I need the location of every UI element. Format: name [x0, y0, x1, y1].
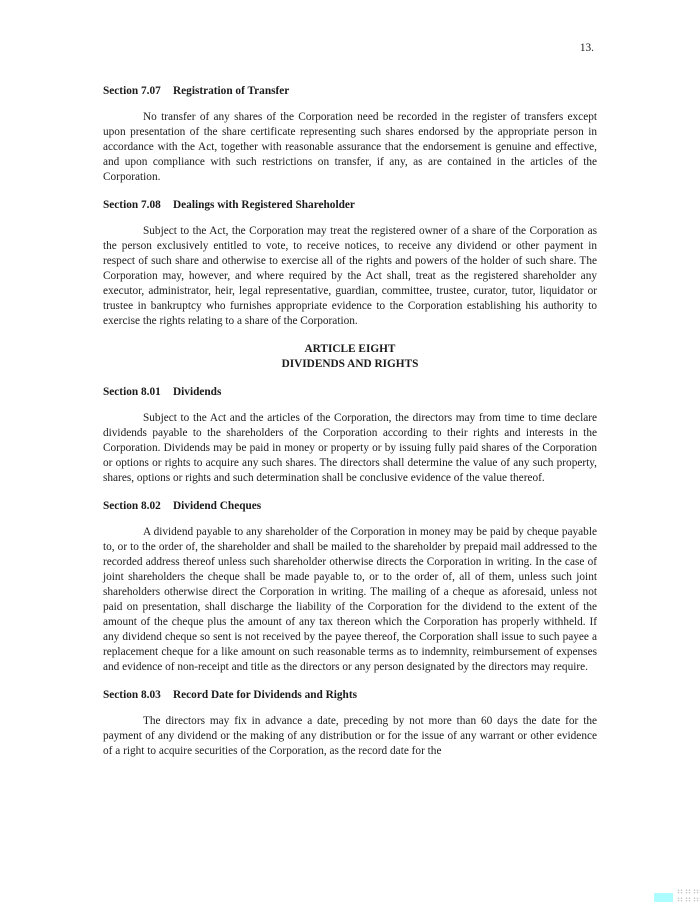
- section-title: Record Date for Dividends and Rights: [173, 689, 357, 701]
- section-heading-8-03: Section 8.03Record Date for Dividends an…: [103, 688, 597, 703]
- paragraph-8-01: Subject to the Act and the articles of t…: [103, 411, 597, 486]
- section-number: Section 7.07: [103, 84, 173, 99]
- page-content: 13. Section 7.07Registration of Transfer…: [0, 0, 700, 759]
- paragraph-7-08: Subject to the Act, the Corporation may …: [103, 224, 597, 329]
- paragraph-7-07: No transfer of any shares of the Corpora…: [103, 110, 597, 185]
- section-number: Section 7.08: [103, 198, 173, 213]
- scan-noise-mark: [685, 897, 691, 902]
- section-title: Registration of Transfer: [173, 85, 289, 97]
- scan-noise-mark: [677, 897, 683, 902]
- section-number: Section 8.02: [103, 499, 173, 514]
- section-number: Section 8.01: [103, 385, 173, 400]
- section-title: Dividends: [173, 386, 221, 398]
- section-title: Dividend Cheques: [173, 500, 261, 512]
- paragraph-8-03: The directors may fix in advance a date,…: [103, 714, 597, 759]
- section-number: Section 8.03: [103, 688, 173, 703]
- scan-highlight-artifact: [654, 893, 673, 902]
- section-heading-7-08: Section 7.08Dealings with Registered Sha…: [103, 198, 597, 213]
- section-title: Dealings with Registered Shareholder: [173, 199, 355, 211]
- section-heading-7-07: Section 7.07Registration of Transfer: [103, 84, 597, 99]
- scan-noise-mark: [677, 889, 683, 894]
- section-heading-8-02: Section 8.02Dividend Cheques: [103, 499, 597, 514]
- article-eight-heading: ARTICLE EIGHT DIVIDENDS AND RIGHTS: [103, 342, 597, 372]
- paragraph-8-02: A dividend payable to any shareholder of…: [103, 525, 597, 675]
- section-heading-8-01: Section 8.01Dividends: [103, 385, 597, 400]
- scan-noise-mark: [685, 889, 691, 894]
- page-number: 13.: [103, 41, 597, 56]
- article-number-line: ARTICLE EIGHT: [103, 342, 597, 357]
- article-title-line: DIVIDENDS AND RIGHTS: [103, 357, 597, 372]
- document-page: 13. Section 7.07Registration of Transfer…: [0, 0, 700, 905]
